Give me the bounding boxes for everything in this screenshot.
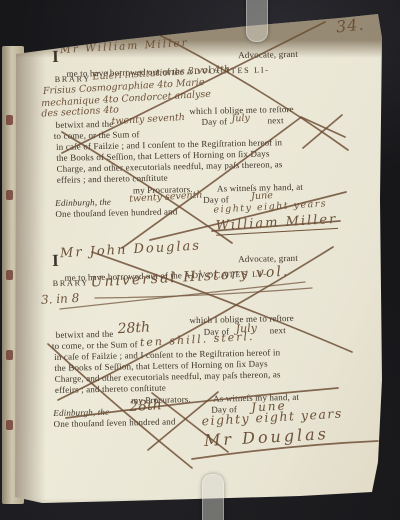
binding-mark: [6, 420, 13, 430]
dropcap-i: I: [52, 50, 59, 64]
binding-mark: [6, 115, 13, 125]
signed-day-handwritten: 28th: [129, 397, 162, 415]
printed-betwixt: betwixt and the: [56, 329, 114, 340]
printed-sum-line: to come, or the Sum of: [54, 129, 140, 141]
return-day-handwritten: twenty seventh: [111, 112, 185, 127]
printed-betwixt: betwixt and the: [56, 119, 114, 130]
signed-month-handwritten: June: [251, 190, 273, 202]
book-title-handwritten: 3. in 8: [41, 291, 80, 307]
page-holder-strip-bottom: [202, 474, 224, 520]
printed-advocate-grant: Advocate, grant: [238, 49, 298, 60]
printed-legal-line: effeirs ; and thereto conſtitute: [55, 383, 166, 395]
binding-mark: [6, 350, 13, 360]
printed-year-line: One thouſand ſeven hundred and: [53, 416, 175, 429]
printed-next: next: [270, 325, 286, 335]
printed-day-of: Day of: [201, 116, 227, 127]
borrow-entry-douglas: I Mr John Douglas Advocate, grant me to …: [52, 246, 356, 467]
return-day-handwritten: 28th: [117, 319, 150, 337]
printed-sum-line: to come, or the Sum of: [52, 339, 138, 351]
binding-mark: [6, 190, 13, 200]
page-number: 34.: [335, 15, 365, 37]
printed-brary: BRARY: [55, 74, 91, 84]
printed-brary: BRARY: [53, 278, 89, 288]
printed-edinburgh-the: Edinburgh, the: [53, 407, 109, 418]
return-month-handwritten: July: [231, 113, 250, 125]
printed-legal-line: effeirs ; and thereto conſtitute: [57, 173, 168, 185]
printed-advocate-grant: Advocate, grant: [238, 253, 298, 264]
binding-mark: [6, 270, 13, 280]
manuscript-page: 34. I Mr William Miller Advocate, grant …: [0, 0, 400, 520]
borrow-entry-miller: I Mr William Miller Advocate, grant me t…: [52, 42, 356, 248]
sum-handwritten: ten shill. sterl.: [140, 330, 255, 349]
printed-year-line: One thouſand ſeven hundred and: [55, 206, 177, 219]
signature-handwritten: William Miller: [215, 212, 337, 236]
printed-next: next: [267, 115, 283, 125]
page-holder-strip-top: [246, 0, 268, 42]
printed-edinburgh-the: Edinburgh, the: [55, 197, 111, 208]
dropcap-i: I: [52, 254, 59, 268]
borrower-name-handwritten: Mr William Miller: [60, 37, 189, 56]
photographed-register-page: 34. I Mr William Miller Advocate, grant …: [0, 0, 400, 520]
signature-handwritten: Mr Douglas: [203, 424, 329, 450]
